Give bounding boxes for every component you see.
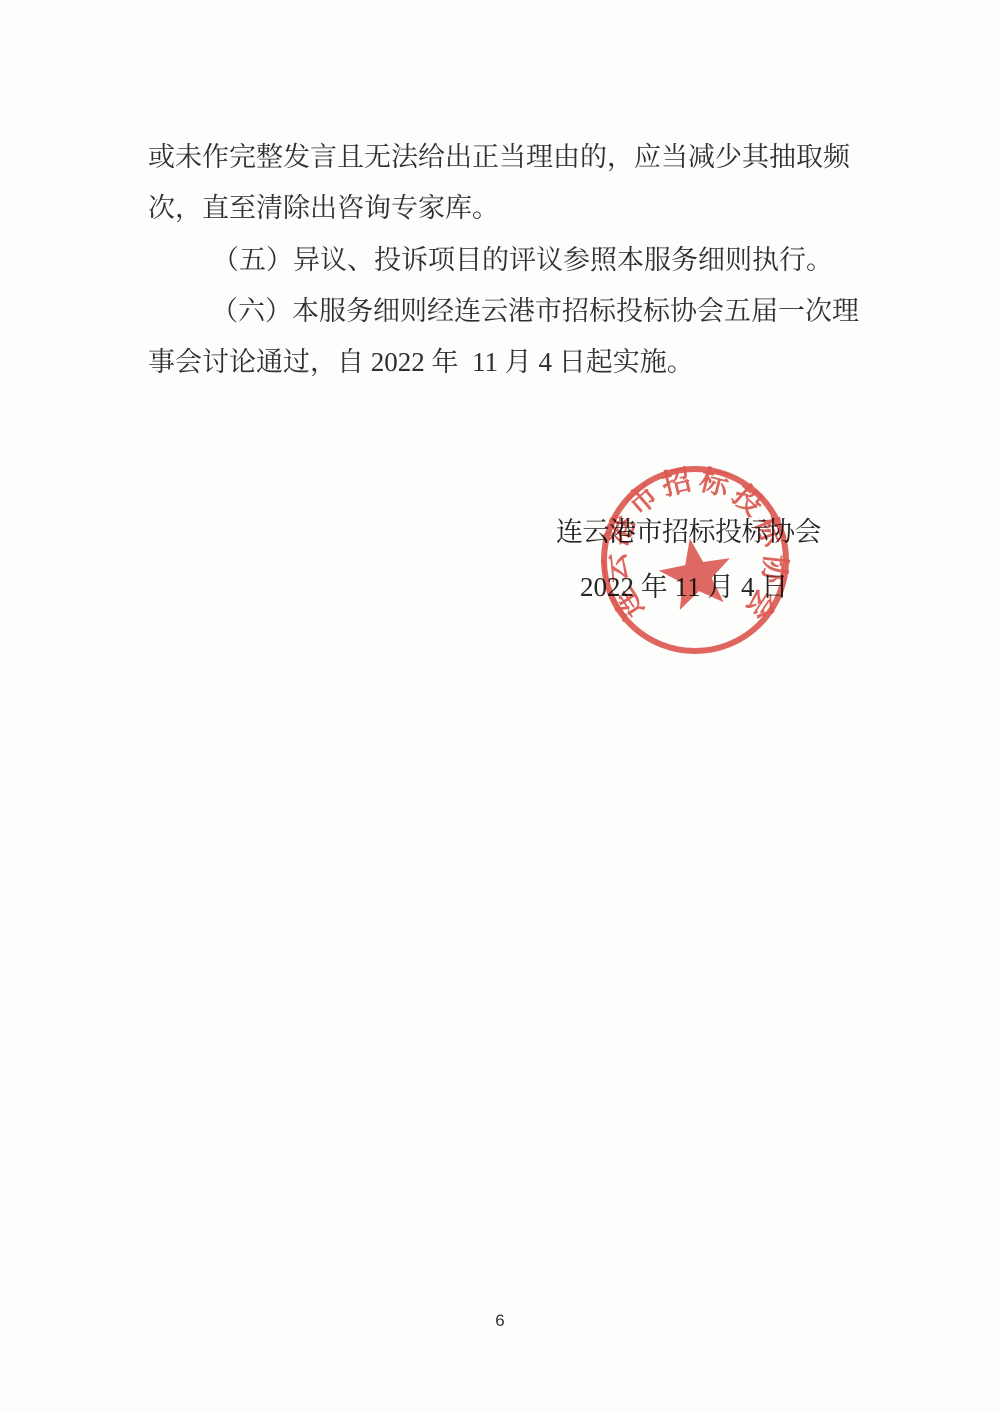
body-text-line: 事会讨论通过，自 2022 年 11 月 4 日起实施。 — [148, 348, 694, 376]
body-text-line: （五）异议、投诉项目的评议参照本服务细则执行。 — [212, 246, 833, 274]
body-text-line: （六）本服务细则经连云港市招标投标协会五届一次理 — [211, 297, 859, 325]
star-icon — [654, 532, 737, 612]
body-text-line: 次，直至清除出咨询专家库。 — [148, 194, 499, 222]
document-page: 或未作完整发言且无法给出正当理由的，应当减少其抽取频 次，直至清除出咨询专家库。… — [0, 0, 1000, 1413]
official-seal: 连云港市招标投标协会 — [580, 445, 810, 675]
seal-arc-text: 连云港市招标投标协会 — [599, 462, 792, 625]
body-text-line: 或未作完整发言且无法给出正当理由的，应当减少其抽取频 — [148, 143, 850, 171]
svg-text:连云港市招标投标协会: 连云港市招标投标协会 — [599, 462, 792, 625]
page-number: 6 — [0, 1311, 1000, 1331]
seal-graphic: 连云港市招标投标协会 — [599, 462, 792, 651]
